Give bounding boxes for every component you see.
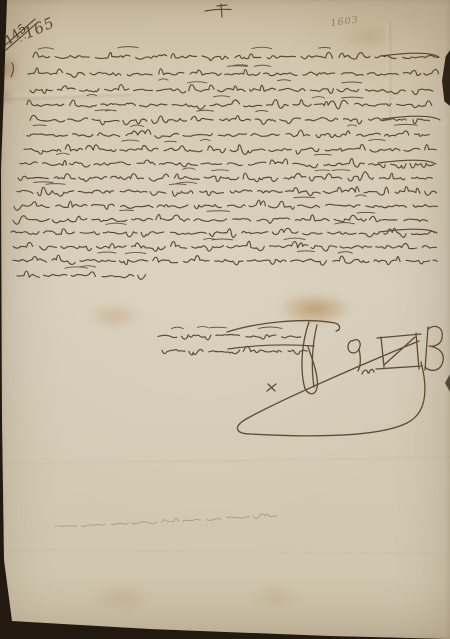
manuscript-line bbox=[13, 241, 436, 251]
docket-strike bbox=[228, 345, 314, 349]
manuscript-line-marks bbox=[106, 223, 355, 225]
manuscript-line bbox=[13, 255, 437, 265]
manuscript-line-marks bbox=[34, 182, 197, 185]
manuscript-page: 145 165 1603 bbox=[0, 0, 450, 639]
scan-background: 145 165 1603 bbox=[0, 0, 450, 639]
manuscript-line bbox=[28, 68, 442, 77]
pencil-note-line bbox=[55, 514, 284, 527]
manuscript-line-marks bbox=[33, 124, 417, 126]
stain bbox=[0, 617, 12, 627]
manuscript-line bbox=[14, 200, 441, 210]
manuscript-line bbox=[30, 115, 440, 124]
body-text-lines bbox=[11, 47, 442, 280]
manuscript-line-marks bbox=[159, 79, 362, 83]
manuscript-line bbox=[24, 144, 436, 154]
invocation-cross-icon bbox=[205, 4, 231, 17]
folio-number: 165 bbox=[21, 13, 57, 42]
manuscript-line-marks bbox=[183, 168, 350, 171]
manuscript-line bbox=[20, 158, 436, 168]
manuscript-line-marks bbox=[95, 110, 268, 112]
pencil-docket bbox=[55, 514, 284, 527]
manuscript-line-marks bbox=[120, 210, 375, 213]
manuscript-line bbox=[30, 85, 440, 95]
manuscript-line-marks bbox=[122, 139, 385, 141]
rubric-tall-stroke bbox=[302, 322, 317, 394]
rubric-minims bbox=[362, 369, 374, 374]
rubric-final-flourish bbox=[425, 326, 443, 370]
manuscript-line-marks bbox=[57, 153, 332, 155]
manuscript-line-marks bbox=[294, 195, 366, 198]
manuscript-line bbox=[33, 52, 439, 60]
year-note: 1603 bbox=[330, 15, 359, 29]
manuscript-line-marks bbox=[65, 266, 96, 269]
rubric-barb bbox=[267, 384, 276, 391]
manuscript-line bbox=[18, 172, 432, 182]
rubric-box-monogram bbox=[376, 333, 422, 369]
manuscript-line bbox=[17, 271, 146, 279]
manuscript-line-marks bbox=[228, 65, 271, 67]
manuscript-line-marks bbox=[38, 47, 330, 49]
manuscript-line bbox=[27, 130, 429, 138]
closing-docket bbox=[158, 326, 314, 355]
manuscript-line bbox=[13, 215, 435, 225]
docket-line-marks bbox=[172, 326, 282, 328]
rubric-paraph-loop bbox=[237, 341, 424, 436]
signature-rubric bbox=[227, 321, 443, 436]
manuscript-line bbox=[11, 228, 437, 237]
manuscript-line-marks bbox=[204, 238, 305, 240]
rubric-overline bbox=[227, 321, 340, 332]
manuscript-line-marks bbox=[98, 251, 353, 254]
docket-line bbox=[158, 335, 307, 340]
manuscript-line-marks bbox=[87, 94, 363, 98]
manuscript-line bbox=[17, 187, 437, 197]
top-marks: 145 165 1603 bbox=[2, 4, 359, 77]
handwriting-layer: 145 165 1603 bbox=[0, 0, 450, 639]
manuscript-line bbox=[27, 100, 438, 110]
margin-numeral-mark bbox=[11, 63, 13, 77]
